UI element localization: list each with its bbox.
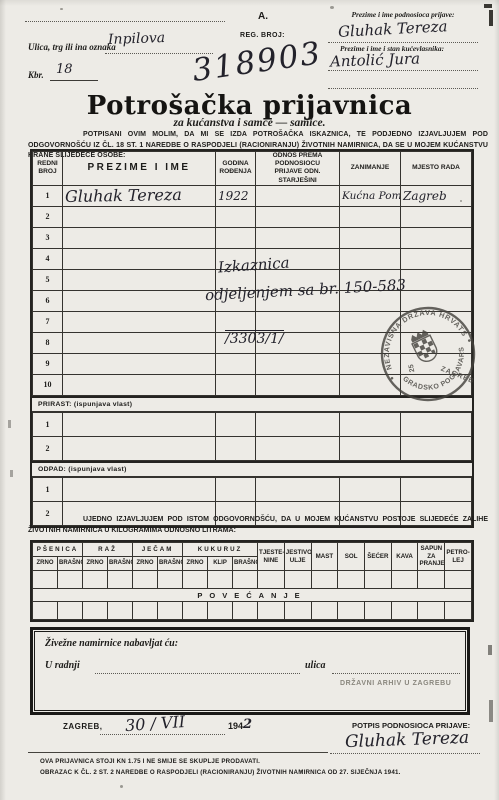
supplies-cell	[83, 602, 108, 620]
cell-relation	[256, 185, 340, 206]
cell-relation	[256, 227, 340, 248]
cell-name	[63, 290, 216, 311]
handwritten-year: 1922	[218, 189, 249, 203]
odpad-row: 1	[33, 477, 472, 501]
dotted-line	[328, 87, 478, 89]
footer-rule	[28, 752, 328, 753]
cell-workplace	[401, 227, 472, 248]
signature-value: Gluhak Tereza	[345, 728, 470, 752]
cell-relation	[256, 206, 340, 227]
row-number: 1	[33, 412, 63, 436]
supplies-paragraph: UJEDNO IZJAVLJUJEM POD ISTOM ODGOVORNOŠĆ…	[28, 515, 488, 536]
cell-workplace: Zagreb	[401, 185, 472, 206]
supplies-group-header: RAŽ	[83, 543, 133, 557]
city-label: ZAGREB,	[63, 722, 103, 731]
supplies-empty-row	[33, 571, 472, 589]
dotted-line	[328, 69, 478, 71]
supplies-cell	[445, 571, 472, 589]
supplies-column-header: JESTIVO ULJE	[284, 543, 311, 571]
supplies-table: PŠENICARAŽJEČAMKUKURUZTJESTE- NINEJESTIV…	[32, 542, 472, 620]
supplies-cell	[445, 602, 472, 620]
col-zanimanje: ZANIMANJE	[340, 152, 401, 186]
applicant-name-label: Prezime i ime podnosioca prijave:	[328, 10, 478, 19]
date-value: 30 / VII	[124, 712, 185, 735]
scan-artifact	[489, 700, 493, 722]
supplies-sub-header: ZRNO	[133, 557, 158, 571]
supplies-cell	[364, 571, 391, 589]
dotted-line	[328, 41, 478, 43]
povecanje-row: POVEĆANJE	[33, 589, 472, 602]
street-label: Ulica, trg ili ina oznaka	[28, 42, 116, 52]
col-mjesto-rada: MJESTO RADA	[401, 152, 472, 186]
cell-name	[63, 332, 216, 353]
supplies-column-header: ŠEĆER	[364, 543, 391, 571]
cell-workplace	[401, 436, 472, 460]
row-number: 7	[33, 311, 63, 332]
supplies-group-header: JEČAM	[133, 543, 183, 557]
cell-birth-year: 1922	[216, 185, 256, 206]
landlord-name-value: Antolić Jura	[330, 49, 421, 70]
section-letter: A.	[258, 11, 268, 22]
supplies-column-header: TJESTE- NINE	[258, 543, 285, 571]
supplies-cell	[258, 602, 285, 620]
supplies-sub-header: KLIP	[208, 557, 233, 571]
cell-occupation	[340, 477, 401, 501]
stamp-coat-of-arms	[408, 328, 440, 365]
supplies-cell	[108, 571, 133, 589]
dotted-line	[332, 672, 460, 674]
supplies-cell	[364, 602, 391, 620]
person-row: 3	[33, 227, 472, 248]
scan-artifact	[8, 420, 11, 428]
fine-print-line2: OBRAZAC K ČL. 2 ST. 2 NAREDBE O RASPODJE…	[40, 768, 401, 779]
cell-occupation	[340, 248, 401, 269]
cell-occupation	[340, 227, 401, 248]
handwritten-workplace: Zagreb	[403, 189, 447, 203]
cell-name	[63, 248, 216, 269]
cell-workplace	[401, 206, 472, 227]
col-godina-rodenja: GODINA ROĐENJA	[216, 152, 256, 186]
row-number: 8	[33, 332, 63, 353]
scanned-form-page: A. REG. BROJ: Prezime i ime podnosioca p…	[0, 0, 499, 800]
ulica-label: ulica	[305, 660, 326, 671]
supplies-cell	[158, 602, 183, 620]
supplies-sub-header: BRAŠNO	[108, 557, 133, 571]
cell-name	[63, 269, 216, 290]
u-radnji-label: U radnji	[45, 660, 80, 671]
supplies-column-header: SOL	[338, 543, 365, 571]
supplies-sub-header: ZRNO	[83, 557, 108, 571]
applicant-name-value: Gluhak Tereza	[338, 17, 448, 41]
handwritten-occupation: Kućna Pomoć	[342, 190, 401, 202]
row-number: 6	[33, 290, 63, 311]
supplies-cell	[33, 571, 58, 589]
supplies-column-header: SAPUN ZA PRANJE	[418, 543, 445, 571]
cell-occupation	[340, 206, 401, 227]
scan-artifact	[484, 4, 492, 8]
cell-name	[63, 227, 216, 248]
dotted-line	[95, 672, 300, 674]
supplies-cell	[208, 602, 233, 620]
supplies-cell	[158, 571, 183, 589]
supplies-cell	[58, 602, 83, 620]
supplies-sub-header: BRAŠNO	[158, 557, 183, 571]
year-suffix: 2	[243, 717, 252, 732]
supplies-cell	[391, 602, 418, 620]
year-prefix: 194	[228, 721, 243, 731]
row-number: 5	[33, 269, 63, 290]
supplies-group-header-row: PŠENICARAŽJEČAMKUKURUZTJESTE- NINEJESTIV…	[33, 543, 472, 557]
cell-birth-year	[216, 227, 256, 248]
person-row: 2	[33, 206, 472, 227]
supplies-group-header: KUKURUZ	[183, 543, 258, 557]
cell-occupation	[340, 412, 401, 436]
supplies-cell	[183, 602, 208, 620]
row-number: 2	[33, 206, 63, 227]
row-number: 9	[33, 353, 63, 374]
reg-broj-label: REG. BROJ:	[240, 32, 285, 39]
house-number-label: Kbr.	[28, 70, 44, 80]
cell-name	[63, 436, 216, 460]
scan-artifact	[10, 470, 13, 477]
row-number: 2	[33, 436, 63, 460]
prirast-row: 2	[33, 436, 472, 460]
scan-artifact	[489, 10, 493, 26]
cell-birth-year	[216, 206, 256, 227]
scan-artifact	[488, 645, 492, 655]
supplies-cell	[284, 602, 311, 620]
supplies-cell	[311, 571, 338, 589]
person-row: 1Gluhak Tereza1922Kućna PomoćZagreb	[33, 185, 472, 206]
cell-relation	[256, 412, 340, 436]
cell-name: Gluhak Tereza	[63, 185, 216, 206]
cell-occupation: Kućna Pomoć	[340, 185, 401, 206]
row-number: 1	[33, 477, 63, 501]
cell-relation	[256, 436, 340, 460]
underline	[50, 79, 98, 81]
povecanje-label: POVEĆANJE	[33, 589, 472, 602]
cell-birth-year	[216, 353, 256, 374]
row-number: 3	[33, 227, 63, 248]
supplies-cell	[258, 571, 285, 589]
cell-birth-year	[216, 436, 256, 460]
street-value: Inpilova	[108, 30, 166, 48]
cell-occupation	[340, 436, 401, 460]
supplies-column-header: KAVA	[391, 543, 418, 571]
supplies-cell	[233, 571, 258, 589]
supplies-cell	[108, 602, 133, 620]
stamp-number: 25	[408, 364, 416, 373]
cell-name	[63, 353, 216, 374]
archive-stamp-text: DRŽAVNI ARHIV U ZAGREBU	[340, 680, 451, 687]
row-number: 4	[33, 248, 63, 269]
dotted-line	[25, 20, 225, 22]
col-redni-broj: REDNI BROJ	[33, 152, 63, 186]
handwritten-name: Gluhak Tereza	[65, 185, 182, 206]
supplies-column-header: MAST	[311, 543, 338, 571]
supplies-cell	[33, 602, 58, 620]
cell-relation	[256, 477, 340, 501]
col-prezime-ime: PREZIME I IME	[63, 152, 216, 186]
supplies-cell	[133, 602, 158, 620]
supplies-cell	[391, 571, 418, 589]
supplies-cell	[83, 571, 108, 589]
persons-header-row: REDNI BROJ PREZIME I IME GODINA ROĐENJA …	[33, 152, 472, 186]
cell-name	[63, 477, 216, 501]
row-number: 10	[33, 374, 63, 395]
cell-birth-year	[216, 412, 256, 436]
supplies-cell	[284, 571, 311, 589]
dotted-line	[100, 733, 225, 735]
supplies-sub-header: BRAŠNO	[233, 557, 258, 571]
supplies-cell	[418, 602, 445, 620]
supplies-empty-row	[33, 602, 472, 620]
form-subtitle: za kućanstva i samce — samice.	[0, 117, 499, 129]
row-number: 1	[33, 185, 63, 206]
supplies-sub-header: ZRNO	[183, 557, 208, 571]
cell-name	[63, 412, 216, 436]
cell-name	[63, 311, 216, 332]
handwritten-note-line3: /3303/1/	[225, 330, 284, 347]
supplies-cell	[418, 571, 445, 589]
supplies-group-header: PŠENICA	[33, 543, 83, 557]
supplies-cell	[183, 571, 208, 589]
supplies-cell	[58, 571, 83, 589]
col-odnos: ODNOS PREMA PODNOSIOCU PRIJAVE ODN. STAR…	[256, 152, 340, 186]
cell-relation	[256, 374, 340, 395]
supplies-cell	[208, 571, 233, 589]
applicant-label-block: Prezime i ime podnosioca prijave:	[328, 10, 478, 19]
cell-name	[63, 206, 216, 227]
supplies-cell	[233, 602, 258, 620]
cell-workplace	[401, 477, 472, 501]
supplies-cell	[338, 571, 365, 589]
cell-name	[63, 374, 216, 395]
fine-print: OVA PRIJAVNICA STOJI KN 1.75 I NE SMIJE …	[40, 757, 401, 778]
purchase-line1: Živežne namirnice nabavljat ću:	[45, 638, 178, 649]
dotted-line	[330, 752, 480, 754]
cell-birth-year	[216, 374, 256, 395]
supplies-sub-header: ZRNO	[33, 557, 58, 571]
supplies-cell	[338, 602, 365, 620]
cell-workplace	[401, 248, 472, 269]
odpad-section-label: ODPAD: (ispunjava vlast)	[32, 461, 472, 477]
fine-print-line1: OVA PRIJAVNICA STOJI KN 1.75 I NE SMIJE …	[40, 757, 401, 768]
house-number-value: 18	[56, 62, 73, 77]
supplies-cell	[133, 571, 158, 589]
supplies-block: PŠENICARAŽJEČAMKUKURUZTJESTE- NINEJESTIV…	[30, 540, 474, 622]
cell-relation	[256, 353, 340, 374]
supplies-column-header: PETRO- LEJ	[445, 543, 472, 571]
supplies-cell	[311, 602, 338, 620]
cell-birth-year	[216, 477, 256, 501]
supplies-sub-header: BRAŠNO	[58, 557, 83, 571]
registration-number-value: 318903	[190, 35, 324, 89]
